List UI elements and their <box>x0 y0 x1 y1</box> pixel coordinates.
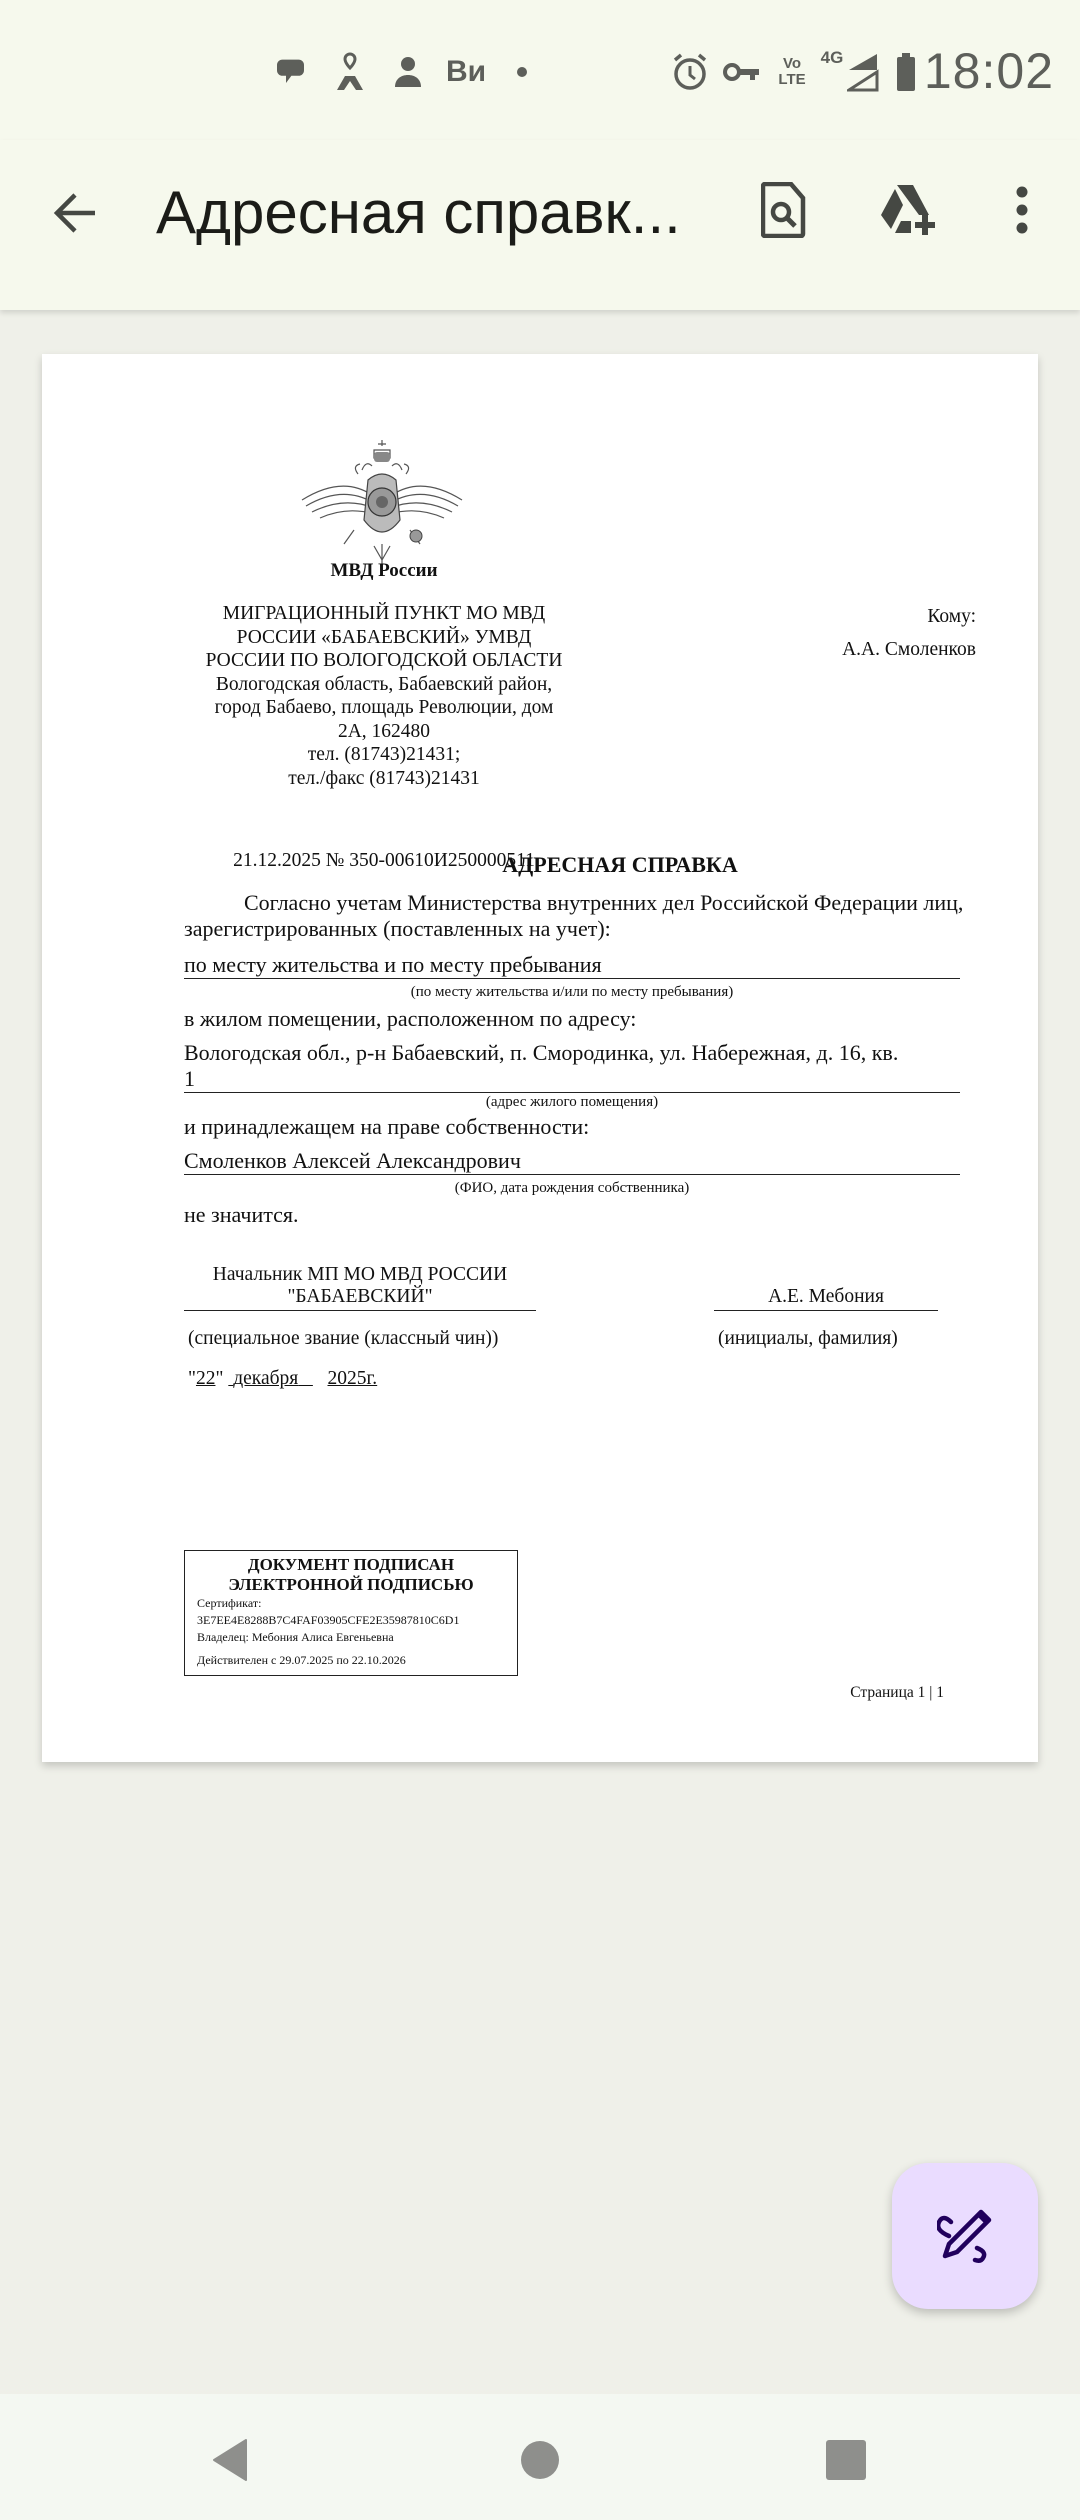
address-field: Вологодская обл., р-н Бабаевский, п. Смо… <box>184 1040 960 1093</box>
document-viewer[interactable]: МВД России МИГРАЦИОННЫЙ ПУНКТ МО МВД РОС… <box>0 310 1080 2390</box>
owner-caption: (ФИО, дата рождения собственника) <box>184 1180 960 1197</box>
registration-type-caption: (по месту жительства и/или по месту преб… <box>184 984 960 1001</box>
nav-recents-button[interactable] <box>816 2430 876 2490</box>
intro-paragraph: Согласно учетам Министерства внутренних … <box>184 890 964 942</box>
find-in-document-button[interactable] <box>744 170 824 250</box>
back-triangle-icon <box>210 2438 250 2482</box>
back-arrow-icon <box>53 191 97 235</box>
status-bar: Ви Vo LTE 4G 18:02 <box>0 0 1080 140</box>
certificate-validity: Действителен с 29.07.2025 по 22.10.2026 <box>197 1652 505 1669</box>
signer-name-caption: (инициалы, фамилия) <box>718 1328 898 1350</box>
more-options-button[interactable] <box>982 170 1062 250</box>
issuer-block: МИГРАЦИОННЫЙ ПУНКТ МО МВД РОССИИ «БАБАЕВ… <box>192 602 576 790</box>
clock: 18:02 <box>924 42 1054 100</box>
recipient-block: Кому: А.А. Смоленков <box>842 600 976 666</box>
chat-bubbles-icon <box>272 52 312 92</box>
add-to-drive-icon <box>879 183 941 237</box>
certificate-label: Сертификат: <box>197 1595 505 1612</box>
home-circle-icon <box>520 2440 560 2480</box>
signature-date: "22" декабря 2025г. <box>188 1368 377 1390</box>
app-bar: Адресная справк... <box>0 140 1080 310</box>
address-caption: (адрес жилого помещения) <box>184 1094 960 1111</box>
premises-label: в жилом помещении, расположенном по адре… <box>184 1006 964 1032</box>
certificate-value: 3E7EE4E8288B7C4FAF03905CFE2E35987810C6D1 <box>197 1612 505 1629</box>
back-button[interactable] <box>40 178 110 248</box>
dot-icon <box>512 52 532 92</box>
signal-icon <box>846 52 880 92</box>
issuer-short: МВД России <box>202 560 566 582</box>
result-text: не значится. <box>184 1202 964 1228</box>
4g-label: 4G <box>820 48 844 68</box>
ownership-label: и принадлежащем на праве собственности: <box>184 1114 964 1140</box>
recipient-label: Кому: <box>842 600 976 633</box>
owner-field: Смоленков Алексей Александрович <box>184 1148 960 1175</box>
signer-position: Начальник МП МО МВД РОССИИ "БАБАЕВСКИЙ" <box>184 1264 536 1311</box>
signature-pen-icon <box>937 2208 993 2264</box>
certificate-owner: Владелец: Мебония Алиса Евгеньевна <box>197 1629 505 1646</box>
location-pin-icon <box>330 52 370 92</box>
mvd-emblem-icon <box>292 440 472 570</box>
person-icon <box>388 52 428 92</box>
alarm-icon <box>670 52 710 92</box>
page-indicator: Страница 1 | 1 <box>850 1684 944 1702</box>
document-page: МВД России МИГРАЦИОННЫЙ ПУНКТ МО МВД РОС… <box>42 354 1038 1762</box>
volte-icon: Vo LTE <box>772 52 812 92</box>
nav-back-button[interactable] <box>200 2430 260 2490</box>
certificate-heading: АДРЕСНАЯ СПРАВКА <box>42 852 1038 878</box>
sign-document-fab[interactable] <box>892 2163 1038 2309</box>
system-nav-bar <box>0 2394 1080 2520</box>
document-title: Адресная справк... <box>156 178 681 247</box>
battery-icon <box>894 52 918 92</box>
search-document-icon <box>761 182 807 238</box>
vpn-key-icon <box>722 52 762 92</box>
registration-type-field: по месту жительства и по месту пребывани… <box>184 952 960 979</box>
vk-icon: Ви <box>444 52 488 92</box>
more-vert-icon <box>1014 186 1030 234</box>
add-to-drive-button[interactable] <box>870 170 950 250</box>
recents-square-icon <box>825 2439 867 2481</box>
electronic-signature-stamp: ДОКУМЕНТ ПОДПИСАН ЭЛЕКТРОННОЙ ПОДПИСЬЮ С… <box>184 1550 518 1676</box>
signer-name: А.Е. Мебония <box>714 1286 938 1311</box>
recipient-name: А.А. Смоленков <box>842 633 976 666</box>
nav-home-button[interactable] <box>510 2430 570 2490</box>
signer-position-caption: (специальное звание (классный чин)) <box>188 1328 498 1350</box>
